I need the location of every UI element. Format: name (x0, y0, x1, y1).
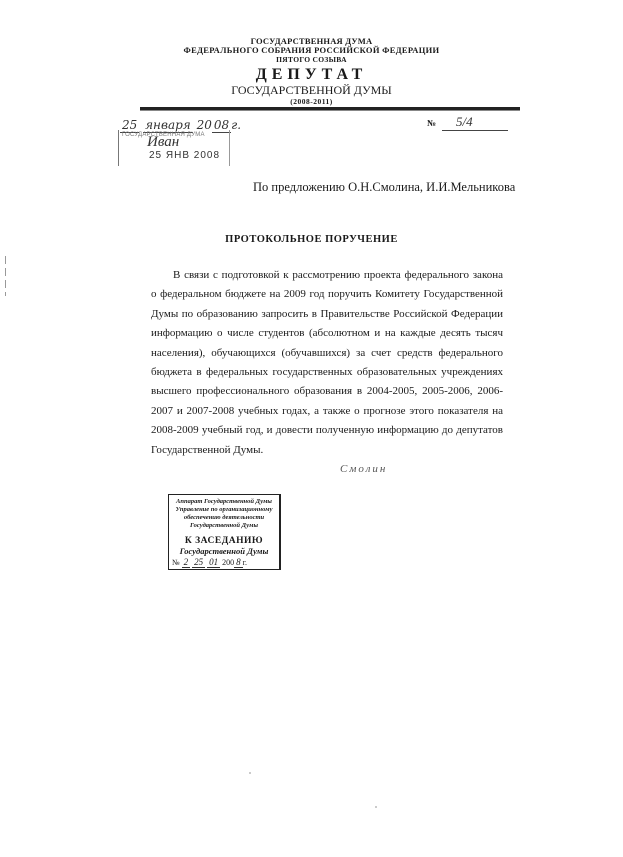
date-year-mark: г. (231, 118, 241, 132)
session-num-label: № (172, 558, 180, 567)
session-stamp-line2: Управление по организационному (169, 506, 279, 514)
header-term: (2008-2011) (0, 97, 623, 106)
document-number-label: № (427, 118, 436, 128)
session-year-suffix: 8 (234, 557, 243, 568)
session-stamp-org: Аппарат Государственной Думы Управление … (169, 498, 279, 530)
registration-stamp: ГОСУДАРСТВЕННАЯ ДУМА Иван 25 ЯНВ 2008 (118, 130, 230, 166)
header-title: ДЕПУТАТ (0, 66, 623, 84)
session-day: 25 (192, 557, 205, 568)
session-stamp-line1: Аппарат Государственной Думы (169, 498, 279, 506)
session-stamp-line3: обеспечению деятельности (169, 514, 279, 522)
header-subtitle: ГОСУДАРСТВЕННОЙ ДУМЫ (0, 83, 623, 98)
body-paragraph: В связи с подготовкой к рассмотрению про… (151, 266, 503, 460)
scan-speck (375, 806, 377, 808)
registration-date: 25 ЯНВ 2008 (149, 150, 220, 161)
document-title: ПРОТОКОЛЬНОЕ ПОРУЧЕНИЕ (0, 234, 623, 245)
registration-signature: Иван (147, 134, 179, 151)
session-stamp-subheading: Государственной Думы (169, 546, 279, 556)
session-year-mark: г. (243, 558, 247, 567)
header-assembly: ФЕДЕРАЛЬНОГО СОБРАНИЯ РОССИЙСКОЙ ФЕДЕРАЦ… (0, 45, 623, 55)
header-divider-thin (140, 110, 520, 111)
session-year-prefix: 200 (222, 558, 234, 567)
session-num-value: 2 (182, 557, 191, 568)
proposal-line: По предложению О.Н.Смолина, И.И.Мельнико… (253, 180, 515, 195)
document-body: В связи с подготовкой к рассмотрению про… (151, 266, 503, 460)
session-stamp-heading: К ЗАСЕДАНИЮ (169, 536, 279, 546)
signature: Смолин (340, 463, 387, 475)
scan-speck (249, 772, 251, 774)
header-convocation: ПЯТОГО СОЗЫВА (0, 55, 623, 64)
session-stamp: Аппарат Государственной Думы Управление … (168, 494, 281, 570)
document-number-value: 5/4 (456, 114, 473, 130)
session-month: 01 (207, 557, 220, 568)
session-stamp-date-row: № 2 25 01 2008г. (169, 557, 279, 567)
session-stamp-line4: Государственной Думы (169, 522, 279, 530)
scan-margin-marks (5, 256, 6, 296)
document-number-underline (442, 130, 508, 131)
